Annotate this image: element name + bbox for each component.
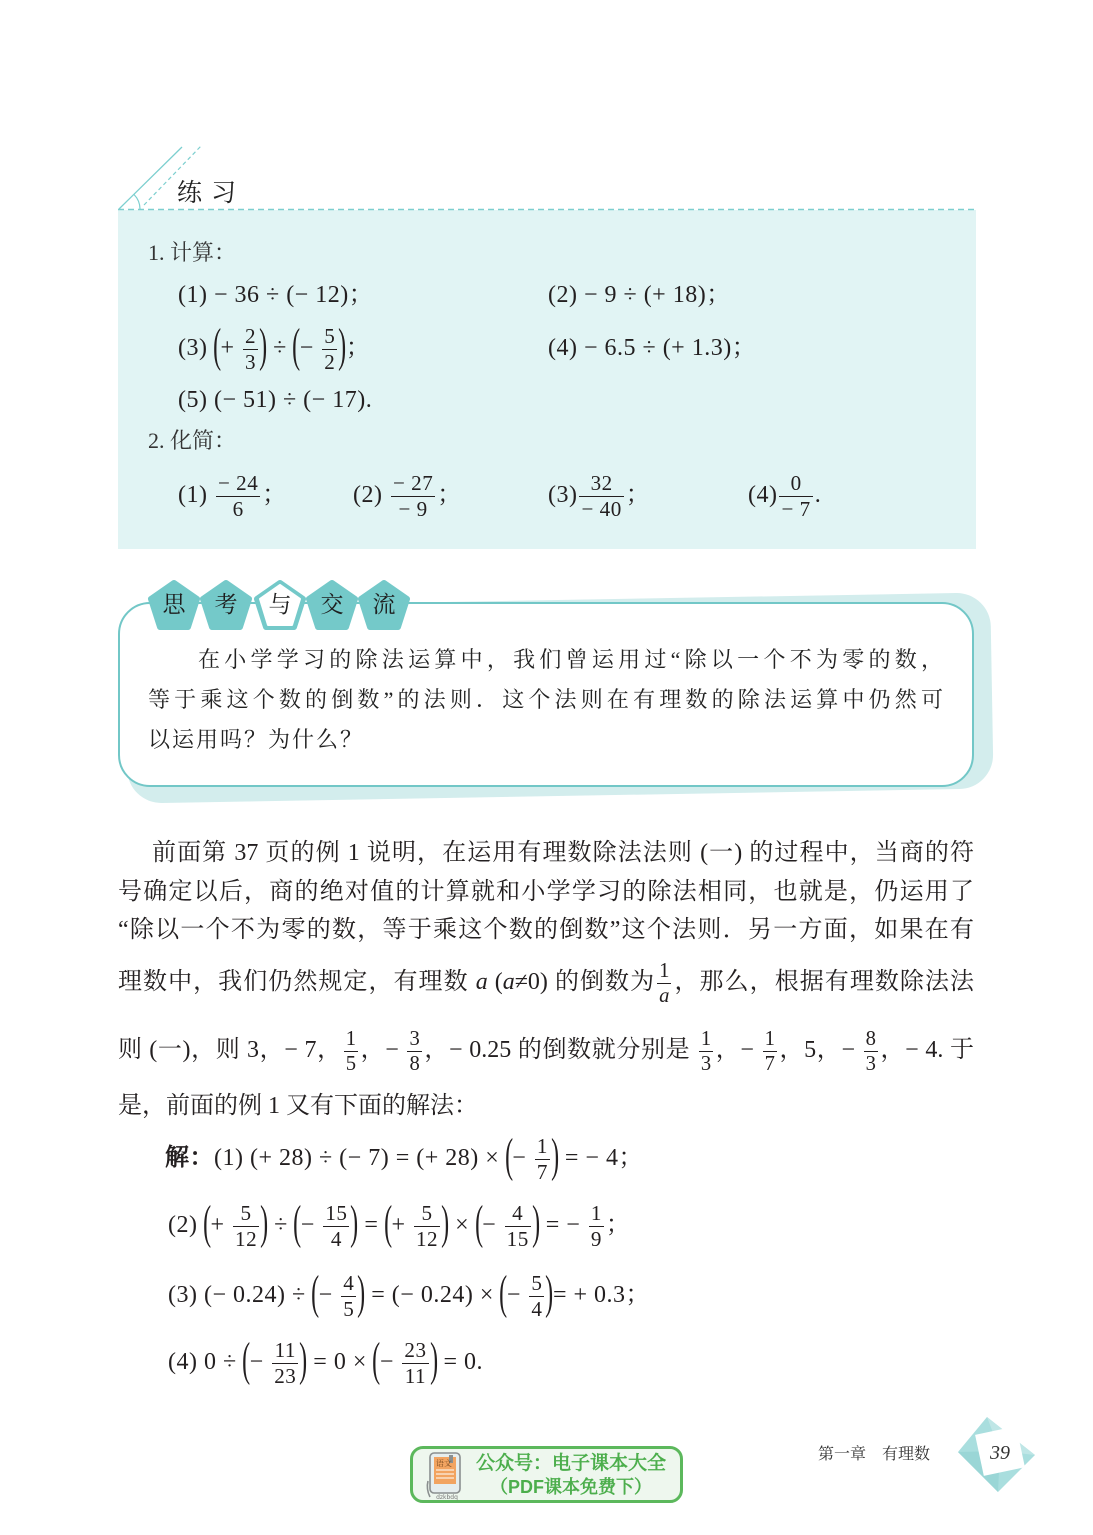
badge-char-jiao: 交 xyxy=(306,589,358,619)
numerator: 1 xyxy=(344,1028,358,1052)
numerator: 1 xyxy=(589,1202,604,1227)
math-text: = 0. xyxy=(437,1349,483,1375)
math-text: 则 (一)，则 3，− 7， xyxy=(118,1037,342,1063)
math-text: . xyxy=(815,482,822,508)
math-text: ，5，− xyxy=(779,1037,862,1063)
math-text: − xyxy=(482,1212,503,1238)
left-paren: ( xyxy=(293,1199,301,1247)
fraction: 2311 xyxy=(402,1339,428,1388)
body-line-2: 号确定以后，商的绝对值的计算就和小学学习的除法相同，也就是，仍运用了 xyxy=(118,872,974,912)
ebook-tablet-icon: 语文 dzkbdq xyxy=(425,1451,469,1501)
math-text: − xyxy=(300,335,321,361)
math-text: (4) 0 ÷ xyxy=(168,1349,243,1375)
math-text: ≠0) 的倒数为 xyxy=(515,969,655,995)
math-text: (1) xyxy=(178,482,214,508)
right-paren: ) xyxy=(546,1269,554,1317)
math-text: = 0 × xyxy=(307,1349,374,1375)
numerator: 4 xyxy=(341,1272,356,1297)
promo-badge: 语文 dzkbdq 公众号：电子课本大全 （PDF课本免费下） xyxy=(410,1446,683,1503)
math-text: ÷ xyxy=(267,335,294,361)
solution-line-2: (2) (+ 512) ÷ (− 154) = (+ 512) × (− 415… xyxy=(168,1195,630,1255)
math-text: ； xyxy=(346,335,371,361)
math-text: − xyxy=(380,1349,401,1375)
math-text: − xyxy=(250,1349,271,1375)
badge-char-kao: 考 xyxy=(200,589,252,619)
math-text: 号确定以后，商的绝对值的计算就和小学学习的除法相同，也就是，仍运用了 xyxy=(118,879,974,905)
icon-caption: dzkbdq xyxy=(436,1494,458,1501)
body-line-4: 理数中，我们仍然规定，有理数 a (a≠0) 的倒数为1a，那么，根据有理数除法… xyxy=(118,952,974,1012)
practice-title: 练习 xyxy=(177,176,245,210)
right-paren: ) xyxy=(441,1199,449,1247)
left-paren: ( xyxy=(372,1336,380,1384)
math-text: (2) − 9 ÷ (+ 18)； xyxy=(548,282,731,308)
numerator: − 27 xyxy=(391,472,435,497)
math-text: (5) (− 51) ÷ (− 17). xyxy=(178,387,372,413)
right-paren: ) xyxy=(260,1199,268,1247)
numerator: 5 xyxy=(414,1202,440,1227)
math-text: ( xyxy=(488,969,503,995)
q2-item-4: (4)0− 7. xyxy=(748,465,821,525)
math-text: “除以一个不为零的数，等于乘这个数的倒数”这个法则．另一方面，如果在有 xyxy=(118,917,974,943)
q1-item-1: (1) − 36 ÷ (− 12)； xyxy=(178,275,373,315)
left-paren: ( xyxy=(384,1199,392,1247)
badge-char-si: 思 xyxy=(148,589,200,619)
fraction: 1a xyxy=(657,960,671,1008)
math-text: (2) xyxy=(168,1212,204,1238)
math-text: ，− 4. 于 xyxy=(880,1037,974,1063)
numerator: 8 xyxy=(864,1028,878,1052)
denominator: 12 xyxy=(414,1227,440,1251)
math-text: 理数中，我们仍然规定，有理数 xyxy=(118,969,476,995)
badge-char-liu: 流 xyxy=(358,589,410,619)
math-text: ，那么，根据有理数除法法 xyxy=(673,969,974,995)
math-text: ； xyxy=(606,1212,631,1238)
body-line-3: “除以一个不为零的数，等于乘这个数的倒数”这个法则．另一方面，如果在有 xyxy=(118,910,974,950)
italic-variable: a xyxy=(476,969,488,995)
denominator: 2 xyxy=(322,350,337,374)
think-text-line-3: 以运用吗？为什么？ xyxy=(148,720,364,760)
numerator: 0 xyxy=(779,472,812,497)
math-text: ； xyxy=(626,482,651,508)
math-text: ，− 0.25 的倒数就分别是 xyxy=(424,1037,697,1063)
math-text: (4) xyxy=(748,482,777,508)
fraction: 0− 7 xyxy=(779,472,812,521)
denominator: 6 xyxy=(216,497,260,521)
q1-item-5: (5) (− 51) ÷ (− 17). xyxy=(178,380,372,420)
denominator: 3 xyxy=(699,1052,713,1075)
q1-item-2: (2) − 9 ÷ (+ 18)； xyxy=(548,275,731,315)
body-line-1: 前面第 37 页的例 1 说明，在运用有理数除法法则 (一) 的过程中，当商的符 xyxy=(118,833,974,873)
numerator: 2 xyxy=(243,325,258,350)
numerator: 1 xyxy=(763,1028,777,1052)
left-paren: ( xyxy=(203,1199,211,1247)
fraction: 54 xyxy=(529,1272,544,1321)
q2-item-1: (1) − 246； xyxy=(178,465,287,525)
denominator: 3 xyxy=(864,1052,878,1075)
math-text: 是，前面的例 1 又有下面的解法： xyxy=(118,1093,478,1119)
math-text: + xyxy=(210,1212,231,1238)
math-text: (3) xyxy=(178,335,214,361)
math-text: ÷ xyxy=(268,1212,295,1238)
fraction: 17 xyxy=(763,1028,777,1076)
numerator: 15 xyxy=(323,1202,349,1227)
denominator: 11 xyxy=(402,1364,428,1388)
right-paren: ) xyxy=(259,322,267,370)
question-1-label: 1. 计算： xyxy=(148,233,236,273)
right-paren: ) xyxy=(357,1269,365,1317)
fraction: − 246 xyxy=(216,472,260,521)
denominator: 15 xyxy=(505,1227,531,1251)
denominator: a xyxy=(657,984,671,1007)
math-text: + xyxy=(220,335,241,361)
fraction: 154 xyxy=(323,1202,349,1251)
math-text: − xyxy=(319,1282,340,1308)
fraction: 38 xyxy=(407,1028,421,1076)
math-text: × xyxy=(449,1212,476,1238)
fraction: 17 xyxy=(535,1135,550,1184)
solution-line-1: 解：(1) (+ 28) ÷ (− 7) = (+ 28) × (− 17) =… xyxy=(165,1128,643,1188)
left-paren: ( xyxy=(499,1269,507,1317)
icon-label: 语文 xyxy=(436,1458,452,1468)
promo-line-1: 公众号：电子课本大全 xyxy=(471,1452,671,1476)
math-text: + xyxy=(391,1212,412,1238)
math-text: (3) xyxy=(548,482,577,508)
body-line-5: 则 (一)，则 3，− 7，15，− 38，− 0.25 的倒数就分别是 13，… xyxy=(118,1020,974,1080)
numerator: 4 xyxy=(505,1202,531,1227)
numerator: 32 xyxy=(579,472,623,497)
fraction: 512 xyxy=(414,1202,440,1251)
numerator: 1 xyxy=(535,1135,550,1160)
denominator: − 9 xyxy=(391,497,435,521)
numerator: 11 xyxy=(272,1339,298,1364)
math-text: = (− 0.24) × xyxy=(365,1282,501,1308)
denominator: 12 xyxy=(233,1227,259,1251)
fraction: 415 xyxy=(505,1202,531,1251)
math-text: = − xyxy=(539,1212,587,1238)
practice-header-decoration-icon xyxy=(0,0,1093,230)
denominator: 23 xyxy=(272,1364,298,1388)
fraction: 83 xyxy=(864,1028,878,1076)
math-text: (2) xyxy=(353,482,389,508)
math-text: 前面第 37 页的例 1 说明，在运用有理数除法法则 (一) 的过程中，当商的符 xyxy=(152,840,974,866)
math-text: − xyxy=(507,1282,528,1308)
numerator: 1 xyxy=(657,960,671,984)
numerator: 5 xyxy=(529,1272,544,1297)
fraction: − 27− 9 xyxy=(391,472,435,521)
promo-line-2: （PDF课本免费下） xyxy=(471,1476,671,1498)
denominator: 7 xyxy=(535,1160,550,1184)
denominator: − 40 xyxy=(579,497,623,521)
denominator: 9 xyxy=(589,1227,604,1251)
right-paren: ) xyxy=(551,1132,559,1180)
math-text: ； xyxy=(437,482,462,508)
math-text: = + 0.3； xyxy=(553,1282,650,1308)
right-paren: ) xyxy=(430,1336,438,1384)
math-text: (1) (+ 28) ÷ (− 7) = (+ 28) × xyxy=(214,1145,506,1171)
math-text: = − 4； xyxy=(558,1145,643,1171)
solution-line-3: (3) (− 0.24) ÷ (− 45) = (− 0.24) × (− 54… xyxy=(168,1265,650,1325)
right-paren: ) xyxy=(338,322,346,370)
left-paren: ( xyxy=(242,1336,250,1384)
numerator: − 24 xyxy=(216,472,260,497)
body-line-6: 是，前面的例 1 又有下面的解法： xyxy=(118,1086,974,1126)
math-text: ； xyxy=(262,482,287,508)
left-paren: ( xyxy=(213,322,221,370)
denominator: 4 xyxy=(323,1227,349,1251)
think-text-line-1: 在小学学习的除法运算中，我们曾运用过“除以一个不为零的数， xyxy=(198,640,945,680)
q1-item-3: (3) (+ 23) ÷ (− 52)； xyxy=(178,318,370,378)
numerator: 3 xyxy=(407,1028,421,1052)
fraction: 13 xyxy=(699,1028,713,1076)
page-number-diamond-icon: 39 xyxy=(955,1412,1039,1496)
question-2-label: 2. 化简： xyxy=(148,421,236,461)
q2-item-2: (2) − 27− 9； xyxy=(353,465,462,525)
math-text: = xyxy=(358,1212,385,1238)
denominator: 5 xyxy=(344,1052,358,1075)
math-text: ，− xyxy=(715,1037,760,1063)
think-text-line-2: 等于乘这个数的倒数”的法则．这个法则在有理数的除法运算中仍然可 xyxy=(148,680,945,720)
math-text: − xyxy=(301,1212,322,1238)
right-paren: ) xyxy=(532,1199,540,1247)
fraction: 19 xyxy=(589,1202,604,1251)
denominator: − 7 xyxy=(779,497,812,521)
fraction: 52 xyxy=(322,325,337,374)
fraction: 1123 xyxy=(272,1339,298,1388)
numerator: 5 xyxy=(322,325,337,350)
left-paren: ( xyxy=(505,1132,513,1180)
math-text: (1) − 36 ÷ (− 12)； xyxy=(178,282,373,308)
chapter-title: 第一章 有理数 xyxy=(818,1443,930,1467)
numerator: 23 xyxy=(402,1339,428,1364)
left-paren: ( xyxy=(475,1199,483,1247)
solution-line-4: (4) 0 ÷ (− 1123) = 0 × (− 2311) = 0. xyxy=(168,1332,483,1392)
fraction: 15 xyxy=(344,1028,358,1076)
right-paren: ) xyxy=(299,1336,307,1384)
badge-char-yu: 与 xyxy=(254,589,306,619)
math-text: (4) − 6.5 ÷ (+ 1.3)； xyxy=(548,335,756,361)
fraction: 45 xyxy=(341,1272,356,1321)
italic-variable: a xyxy=(503,969,515,995)
left-paren: ( xyxy=(311,1269,319,1317)
denominator: 4 xyxy=(529,1297,544,1321)
left-paren: ( xyxy=(292,322,300,370)
q1-item-4: (4) − 6.5 ÷ (+ 1.3)； xyxy=(548,318,756,378)
numerator: 1 xyxy=(699,1028,713,1052)
bold-label: 解： xyxy=(165,1144,214,1171)
fraction: 32− 40 xyxy=(579,472,623,521)
page-number: 39 xyxy=(989,1442,1010,1464)
q2-item-3: (3)32− 40； xyxy=(548,465,650,525)
denominator: 5 xyxy=(341,1297,356,1321)
denominator: 3 xyxy=(243,350,258,374)
right-paren: ) xyxy=(351,1199,359,1247)
fraction: 23 xyxy=(243,325,258,374)
denominator: 8 xyxy=(407,1052,421,1075)
fraction: 512 xyxy=(233,1202,259,1251)
numerator: 5 xyxy=(233,1202,259,1227)
math-text: (3) (− 0.24) ÷ xyxy=(168,1282,312,1308)
denominator: 7 xyxy=(763,1052,777,1075)
math-text: − xyxy=(512,1145,533,1171)
math-text: ，− xyxy=(360,1037,405,1063)
